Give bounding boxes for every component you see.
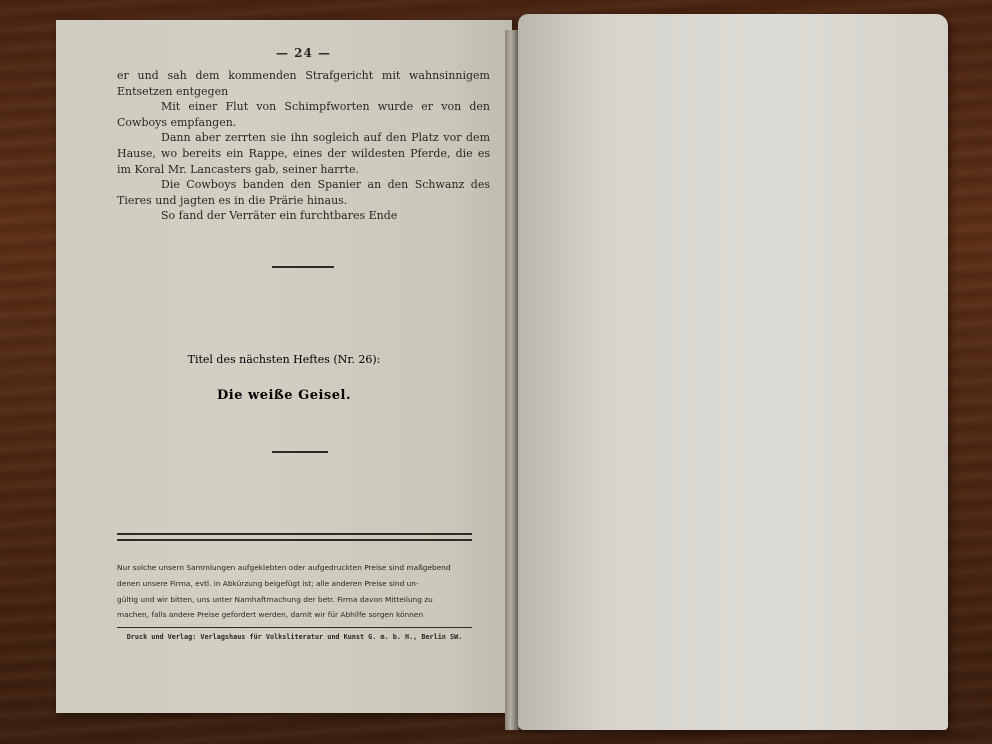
left-page: — 24 — er und sah dem kommenden Strafger… [56, 20, 512, 713]
notice-line: Nur solche unsern Sammlungen aufgeklebte… [117, 560, 472, 576]
right-page-blank [518, 14, 948, 730]
divider-upper [272, 266, 334, 268]
book-spine [505, 30, 519, 730]
notice-rule-top [117, 533, 472, 535]
story-text: er und sah dem kommenden Strafgericht mi… [117, 68, 490, 224]
page-number: — 24 — [117, 46, 490, 60]
notice-line: gültig und wir bitten, uns unter Namhaft… [117, 592, 472, 608]
price-notice: Nur solche unsern Sammlungen aufgeklebte… [117, 560, 472, 623]
paragraph: Dann aber zerrten sie ihn sogleich auf d… [117, 130, 490, 177]
next-issue-title: Die weiße Geisel. [56, 388, 512, 403]
paragraph: So fand der Verräter ein furchtbares End… [117, 208, 490, 224]
next-issue-label: Titel des nächsten Heftes (Nr. 26): [56, 353, 512, 366]
notice-line: denen unsere Firma, evtl. in Abkürzung b… [117, 576, 472, 592]
notice-rule-second [117, 539, 472, 541]
paragraph: er und sah dem kommenden Strafgericht mi… [117, 68, 490, 99]
divider-lower [272, 451, 328, 453]
paragraph: Die Cowboys banden den Spanier an den Sc… [117, 177, 490, 208]
notice-line: machen, falls andere Preise gefordert we… [117, 607, 472, 623]
imprint-rule [117, 627, 472, 628]
imprint: Druck und Verlag: Verlagshaus für Volksl… [117, 633, 472, 641]
paragraph: Mit einer Flut von Schimpfworten wurde e… [117, 99, 490, 130]
